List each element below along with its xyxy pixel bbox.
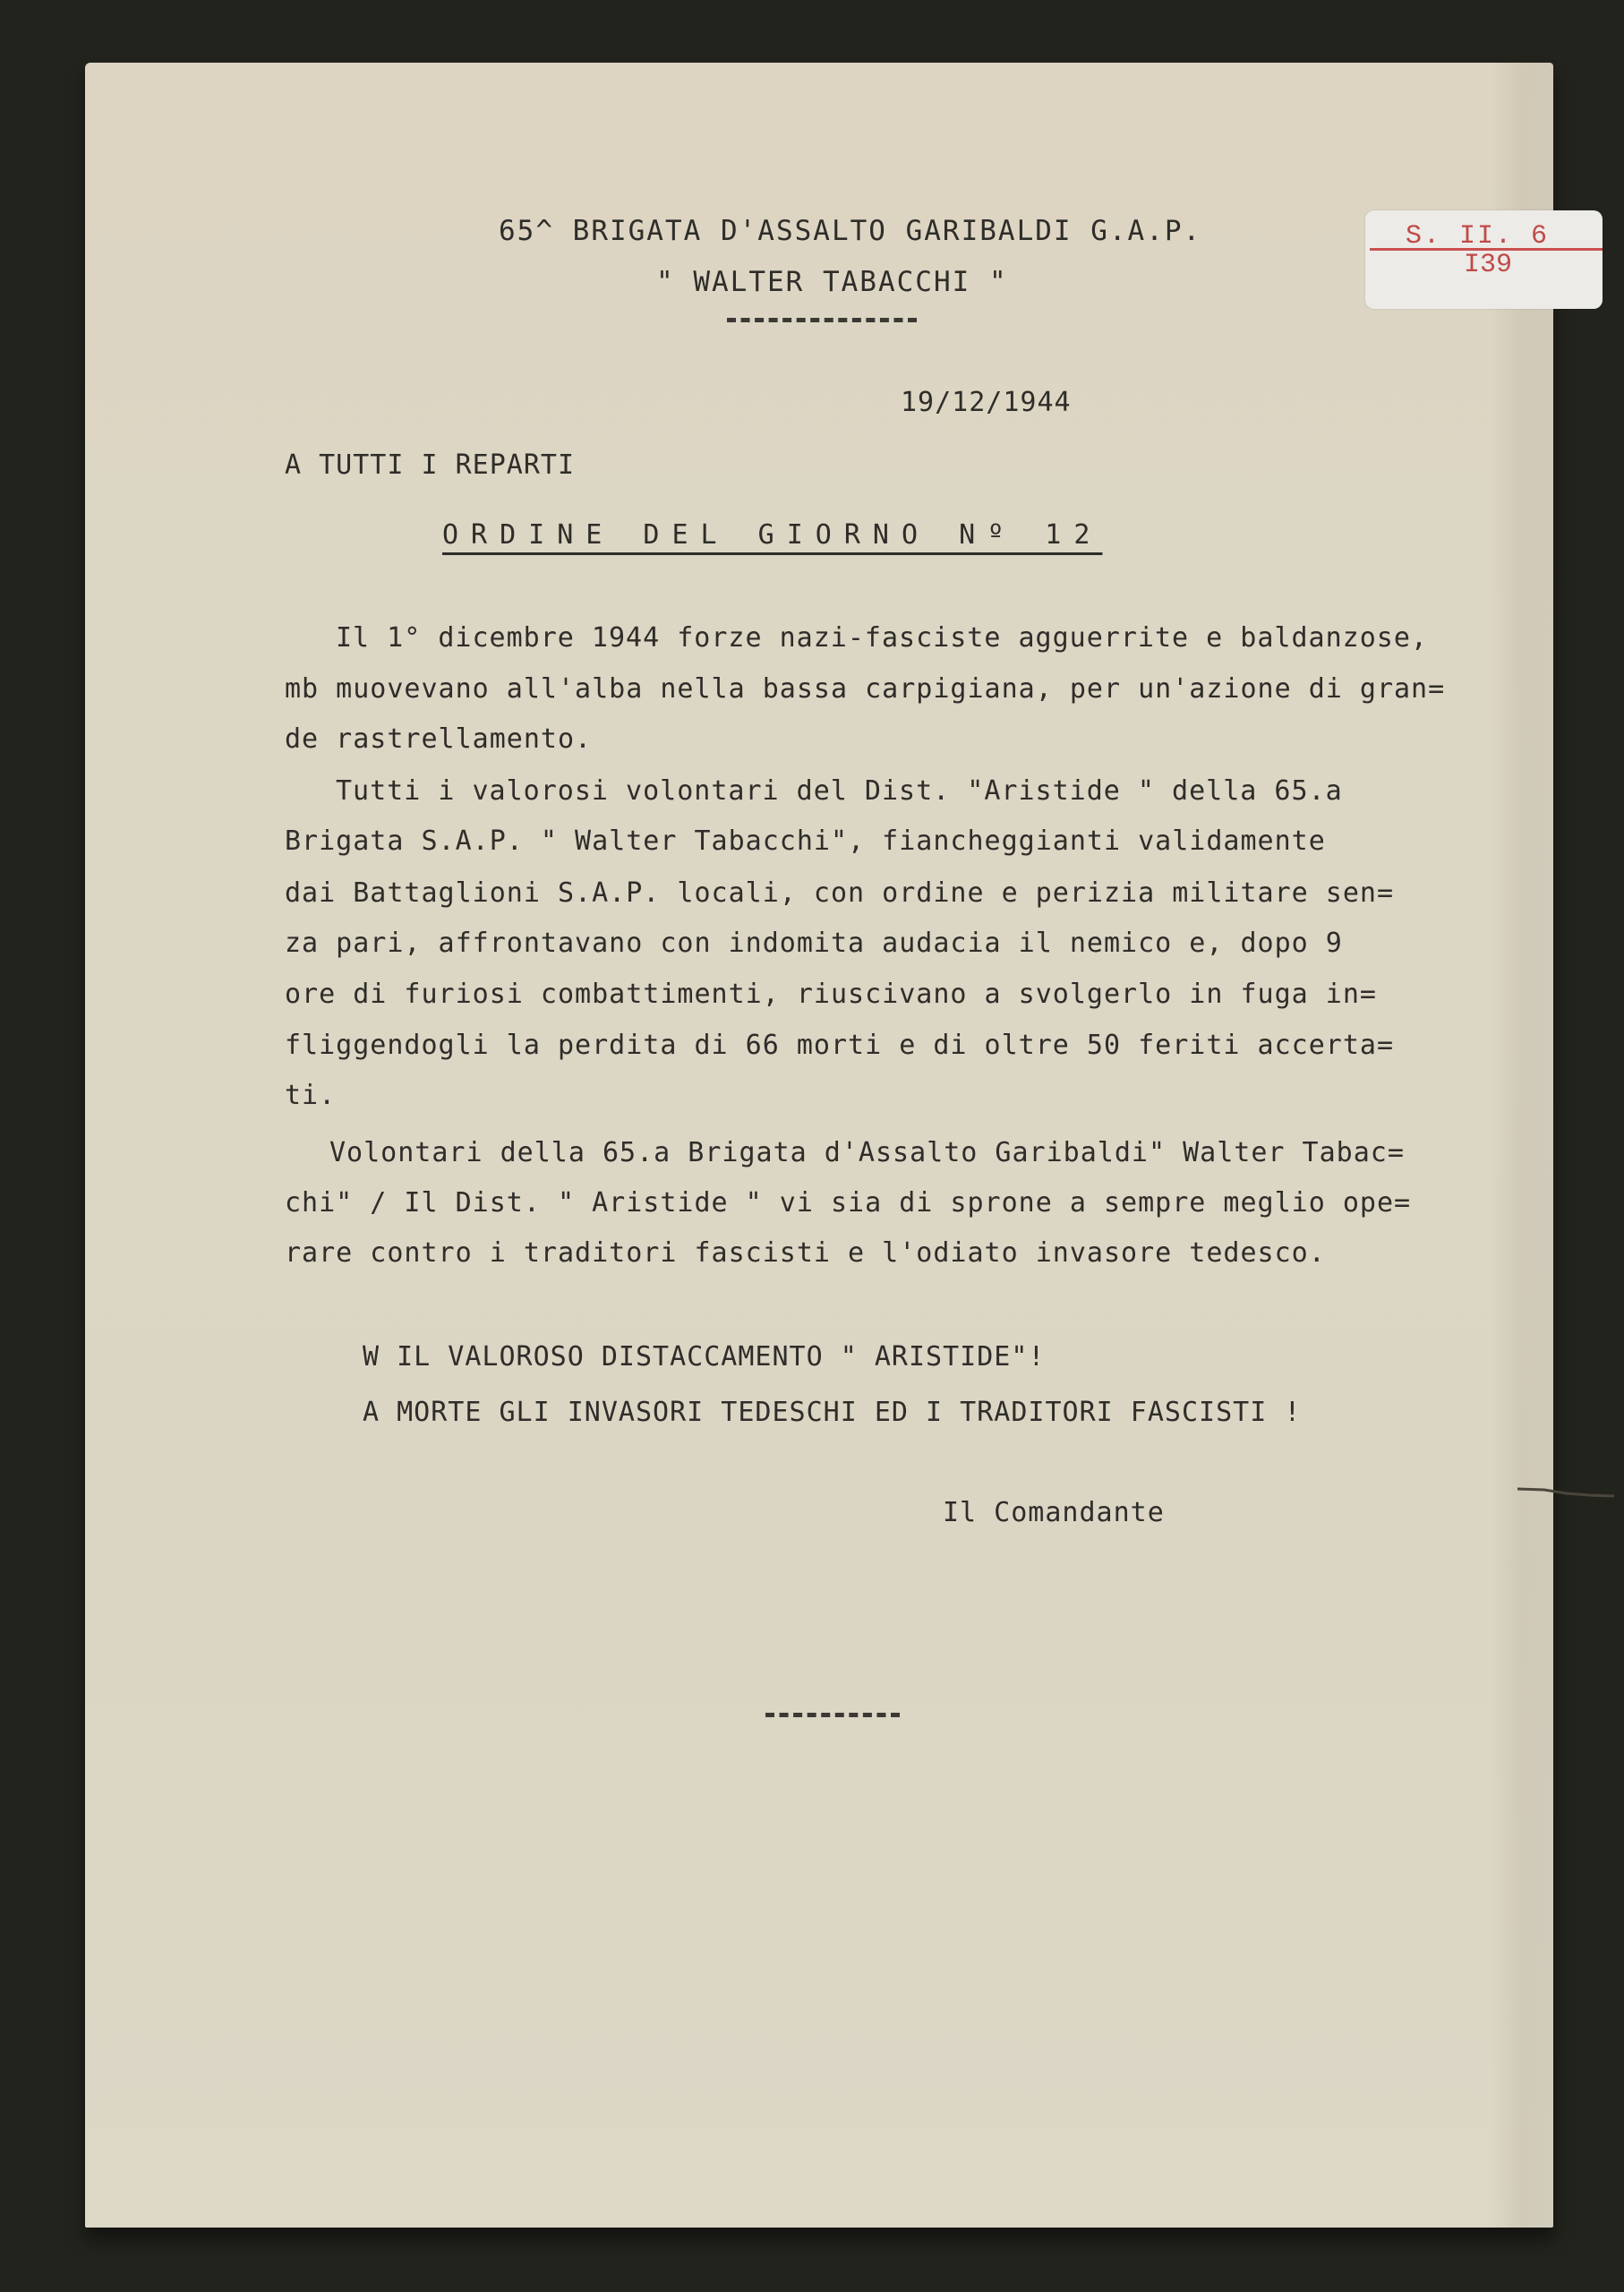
archive-label-line1: S. II. 6 bbox=[1406, 221, 1549, 252]
body-line: za pari, affrontavano con indomita audac… bbox=[285, 928, 1343, 959]
paper-tear-mark bbox=[1517, 1486, 1616, 1499]
header-line1: 65^ BRIGATA D'ASSALTO GARIBALDI G.A.P. bbox=[499, 215, 1201, 247]
body-line: chi" / Il Dist. " Aristide " vi sia di s… bbox=[285, 1187, 1411, 1219]
footer-separator bbox=[765, 1713, 900, 1722]
body-line: de rastrellamento. bbox=[285, 723, 592, 755]
body-line: mb muovevano all'alba nella bassa carpig… bbox=[285, 673, 1445, 705]
body-line: fliggendogli la perdita di 66 morti e di… bbox=[285, 1030, 1394, 1061]
document-date: 19/12/1944 bbox=[901, 387, 1072, 418]
archive-label-line2: I39 bbox=[1464, 250, 1512, 280]
document-title: ORDINE DEL GIORNO Nº 12 bbox=[442, 519, 1102, 551]
body-line: Il 1° dicembre 1944 forze nazi-fasciste … bbox=[336, 622, 1428, 654]
body-line: dai Battaglioni S.A.P. locali, con ordin… bbox=[285, 877, 1394, 909]
archive-label: S. II. 6 I39 bbox=[1365, 210, 1603, 309]
header-separator bbox=[727, 318, 917, 327]
body-line: Brigata S.A.P. " Walter Tabacchi", fianc… bbox=[285, 825, 1326, 857]
paper-fold-shadow bbox=[1491, 63, 1553, 2228]
slogan-2: A MORTE GLI INVASORI TEDESCHI ED I TRADI… bbox=[363, 1397, 1301, 1428]
header-line2: " WALTER TABACCHI " bbox=[656, 266, 1008, 298]
body-line: Tutti i valorosi volontari del Dist. "Ar… bbox=[336, 775, 1343, 807]
body-line: ti. bbox=[285, 1080, 336, 1111]
signature: Il Comandante bbox=[943, 1497, 1165, 1528]
body-line: Volontari della 65.a Brigata d'Assalto G… bbox=[329, 1137, 1405, 1168]
addressee: A TUTTI I REPARTI bbox=[285, 449, 575, 481]
body-line: ore di furiosi combattimenti, riuscivano… bbox=[285, 979, 1377, 1010]
slogan-1: W IL VALOROSO DISTACCAMENTO " ARISTIDE"! bbox=[363, 1341, 1045, 1373]
body-line: rare contro i traditori fascisti e l'odi… bbox=[285, 1237, 1326, 1269]
